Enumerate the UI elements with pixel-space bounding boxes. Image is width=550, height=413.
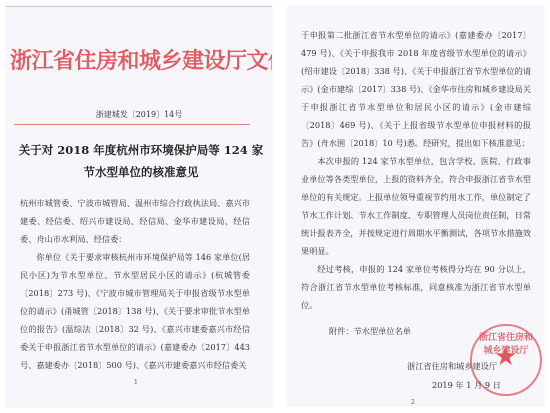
document-header-title: 浙江省住房和城乡建设厅文件: [10, 44, 270, 75]
page-number: 2: [411, 399, 415, 406]
document-body: 杭州市城管委、宁波市城管局、温州市综合行政执法局、嘉兴市建委、经信委、绍兴市建设…: [20, 194, 250, 374]
document-page-2: 于申报第二批浙江省节水型单位的请示》(嘉建委办〔2017〕479 号)、《关于申…: [287, 6, 544, 406]
document-title-line-2: 节水型单位的核准意见: [16, 161, 266, 183]
document-number: 浙建城发〔2019〕14号: [6, 109, 272, 120]
recipients-paragraph: 杭州市城管委、宁波市城管局、温州市综合行政执法局、嘉兴市建委、经信委、绍兴市建设…: [20, 194, 250, 248]
body-paragraph-2: 本次申报的 124 家节水型单位，包含学校、医院、行政事业单位等各类型单位，上报…: [301, 152, 531, 260]
body-paragraph: 你单位《关于要求审核杭州市环境保护局等 146 家单位(居民小区)为节水型单位、…: [20, 248, 250, 374]
document-page-1: 浙江省住房和城乡建设厅文件 浙建城发〔2019〕14号 关于对 2018 年度杭…: [6, 6, 272, 407]
issue-date: 2019 年 1 月 9 日: [432, 380, 501, 391]
document-title: 关于对 2018 年度杭州市环境保护局等 124 家 节水型单位的核准意见: [16, 139, 266, 183]
star-icon: ★: [494, 344, 517, 370]
body-paragraph-continued: 于申报第二批浙江省节水型单位的请示》(嘉建委办〔2017〕479 号)、《关于申…: [301, 26, 531, 152]
issuer-signature: 浙江省住房和城乡建设厅: [407, 361, 497, 372]
document-title-line-1: 关于对 2018 年度杭州市环境保护局等 124 家: [16, 139, 266, 161]
attachment-note: 附件：节水型单位名单: [329, 326, 411, 337]
header-divider: [14, 124, 250, 125]
document-body-continued: 于申报第二批浙江省节水型单位的请示》(嘉建委办〔2017〕479 号)、《关于申…: [301, 26, 531, 314]
page-number: 1: [134, 379, 138, 386]
body-paragraph-3: 经过考核，申报的 124 家单位考核得分均在 90 分以上，符合浙江省节水型单位…: [301, 260, 531, 314]
